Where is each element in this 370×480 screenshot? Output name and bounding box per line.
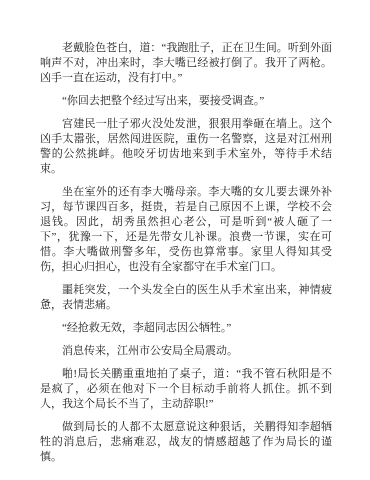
paragraph: 做到局长的人都不太愿意说这种狠话，关鹏得知李超牺牲的消息后，悲痛难忍，战友的情感…: [40, 420, 332, 465]
paragraph: 宫建民一肚子邪火没处发泄，狠狠用拳砸在墙上。这个凶手太嚣张，居然闯进医院，重伤一…: [40, 117, 332, 177]
paragraph: 噩耗突发，一个头发全白的医生从手术室出来，神情疲惫，表情悲痛。: [40, 283, 332, 313]
paragraph: 坐在室外的还有李大嘴母亲。李大嘴的女儿要去课外补习，每节课四百多，挺贵，若是自己…: [40, 185, 332, 275]
reader-page: 老戴脸色苍白，道：“我跑肚子，正在卫生间。听到外面响声不对，冲出来时，李大嘴已经…: [0, 0, 370, 480]
paragraph: “你回去把整个经过写出来，要接受调查。”: [40, 94, 332, 109]
paragraph: 消息传来，江州市公安局全局震动。: [40, 344, 332, 359]
paragraph: “经抢救无效，李超同志因公牺牲。”: [40, 321, 332, 336]
paragraph: 啪!局长关鹏重重地拍了桌子，道：“我不管石秋阳是不是疯了，必须在他对下一个目标动…: [40, 367, 332, 412]
paragraph: 老戴脸色苍白，道：“我跑肚子，正在卫生间。听到外面响声不对，冲出来时，李大嘴已经…: [40, 41, 332, 86]
